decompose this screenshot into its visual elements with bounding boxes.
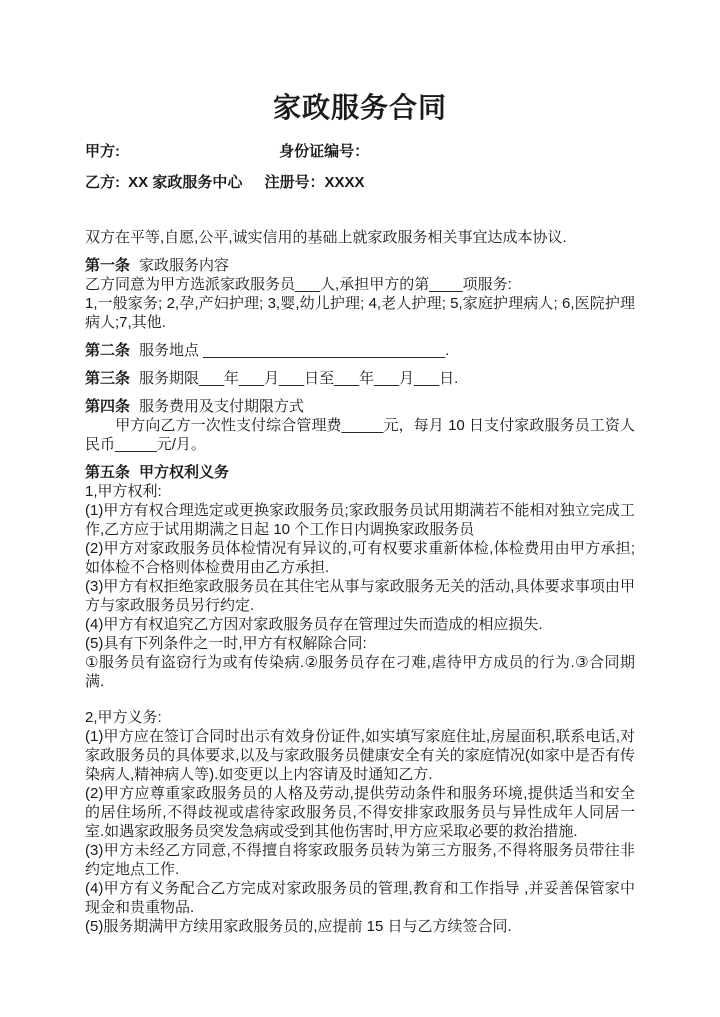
section-number: 第一条 <box>85 257 130 274</box>
section-heading: 第四条服务费用及支付期限方式 <box>85 397 635 416</box>
section-paragraph: (2)甲方应尊重家政服务员的人格及劳动,提供劳动条件和服务环境,提供适当和安全的… <box>85 784 635 841</box>
section-number: 第二条 <box>85 342 130 359</box>
section-paragraph: 乙方同意为甲方选派家政服务员___人,承担甲方的第____项服务: <box>85 275 635 294</box>
party-b-label: 乙方: <box>85 174 120 191</box>
contract-document: 家政服务合同 甲方: 身份证编号： 乙方: XX 家政服务中心 注册号：XXXX… <box>0 0 720 1017</box>
party-a-label: 甲方: <box>85 143 120 160</box>
section-title: 服务期限___年___月___日至___年___月___日. <box>139 370 458 387</box>
section-heading: 第五条甲方权利义务 <box>85 463 635 482</box>
section-title: 服务费用及支付期限方式 <box>139 398 304 415</box>
section-heading: 第三条服务期限___年___月___日至___年___月___日. <box>85 369 635 388</box>
section-title: 家政服务内容 <box>139 257 229 274</box>
section-paragraph: 2,甲方义务: <box>85 708 635 727</box>
section-number: 第三条 <box>85 370 130 387</box>
section-paragraph: 1,一般家务; 2,孕,产妇护理; 3,婴,幼儿护理; 4,老人护理; 5,家庭… <box>85 294 635 332</box>
section-number: 第四条 <box>85 398 130 415</box>
sections-container: 第一条家政服务内容乙方同意为甲方选派家政服务员___人,承担甲方的第____项服… <box>85 256 635 936</box>
section-paragraph: (1)甲方应在签订合同时出示有效身份证件,如实填写家庭住址,房屋面积,联系电话,… <box>85 727 635 784</box>
party-b-registration: 注册号：XXXX <box>265 174 365 191</box>
section-paragraph: (5)服务期满甲方续用家政服务员的,应提前 15 日与乙方续签合同. <box>85 917 635 936</box>
section-heading: 第二条服务地点 _____________________________. <box>85 341 635 360</box>
section-paragraph: ①服务员有盗窃行为或有传染病.②服务员存在刁难,虐待甲方成员的行为.③合同期满. <box>85 653 635 691</box>
party-b-name: XX 家政服务中心 <box>128 174 242 191</box>
section-paragraph: (4)甲方有权追究乙方因对家政服务员存在管理过失而造成的相应损失. <box>85 615 635 634</box>
section-title: 服务地点 _____________________________. <box>139 342 449 359</box>
party-a-row: 甲方: 身份证编号： <box>85 142 635 161</box>
section-heading: 第一条家政服务内容 <box>85 256 635 275</box>
intro-paragraph: 双方在平等,自愿,公平,诚实信用的基础上就家政服务相关事宜达成本协议. <box>85 228 635 247</box>
section-paragraph: (3)甲方有权拒绝家政服务员在其住宅从事与家政服务无关的活动,具体要求事项由甲方… <box>85 577 635 615</box>
section-title: 甲方权利义务 <box>139 464 229 481</box>
party-b-row: 乙方: XX 家政服务中心 注册号：XXXX <box>85 173 635 192</box>
section-paragraph: 1,甲方权利: <box>85 482 635 501</box>
section-paragraph: (1)甲方有权合理选定或更换家政服务员;家政服务员试用期满若不能相对独立完成工作… <box>85 501 635 539</box>
party-a-id-label: 身份证编号： <box>279 143 369 160</box>
section-paragraph: 甲方向乙方一次性支付综合管理费_____元，每月 10 日支付家政服务员工资人民… <box>85 416 635 454</box>
section-paragraph: (4)甲方有义务配合乙方完成对家政服务员的管理,教育和工作指导 ,并妥善保管家中… <box>85 879 635 917</box>
section-paragraph: (2)甲方对家政服务员体检情况有异议的,可有权要求重新体检,体检费用由甲方承担;… <box>85 539 635 577</box>
section-number: 第五条 <box>85 464 130 481</box>
section-paragraph: (5)具有下列条件之一时,甲方有权解除合同: <box>85 634 635 653</box>
section-paragraph: (3)甲方未经乙方同意,不得擅自将家政服务员转为第三方服务,不得将服务员带往非约… <box>85 841 635 879</box>
document-title: 家政服务合同 <box>85 92 635 126</box>
